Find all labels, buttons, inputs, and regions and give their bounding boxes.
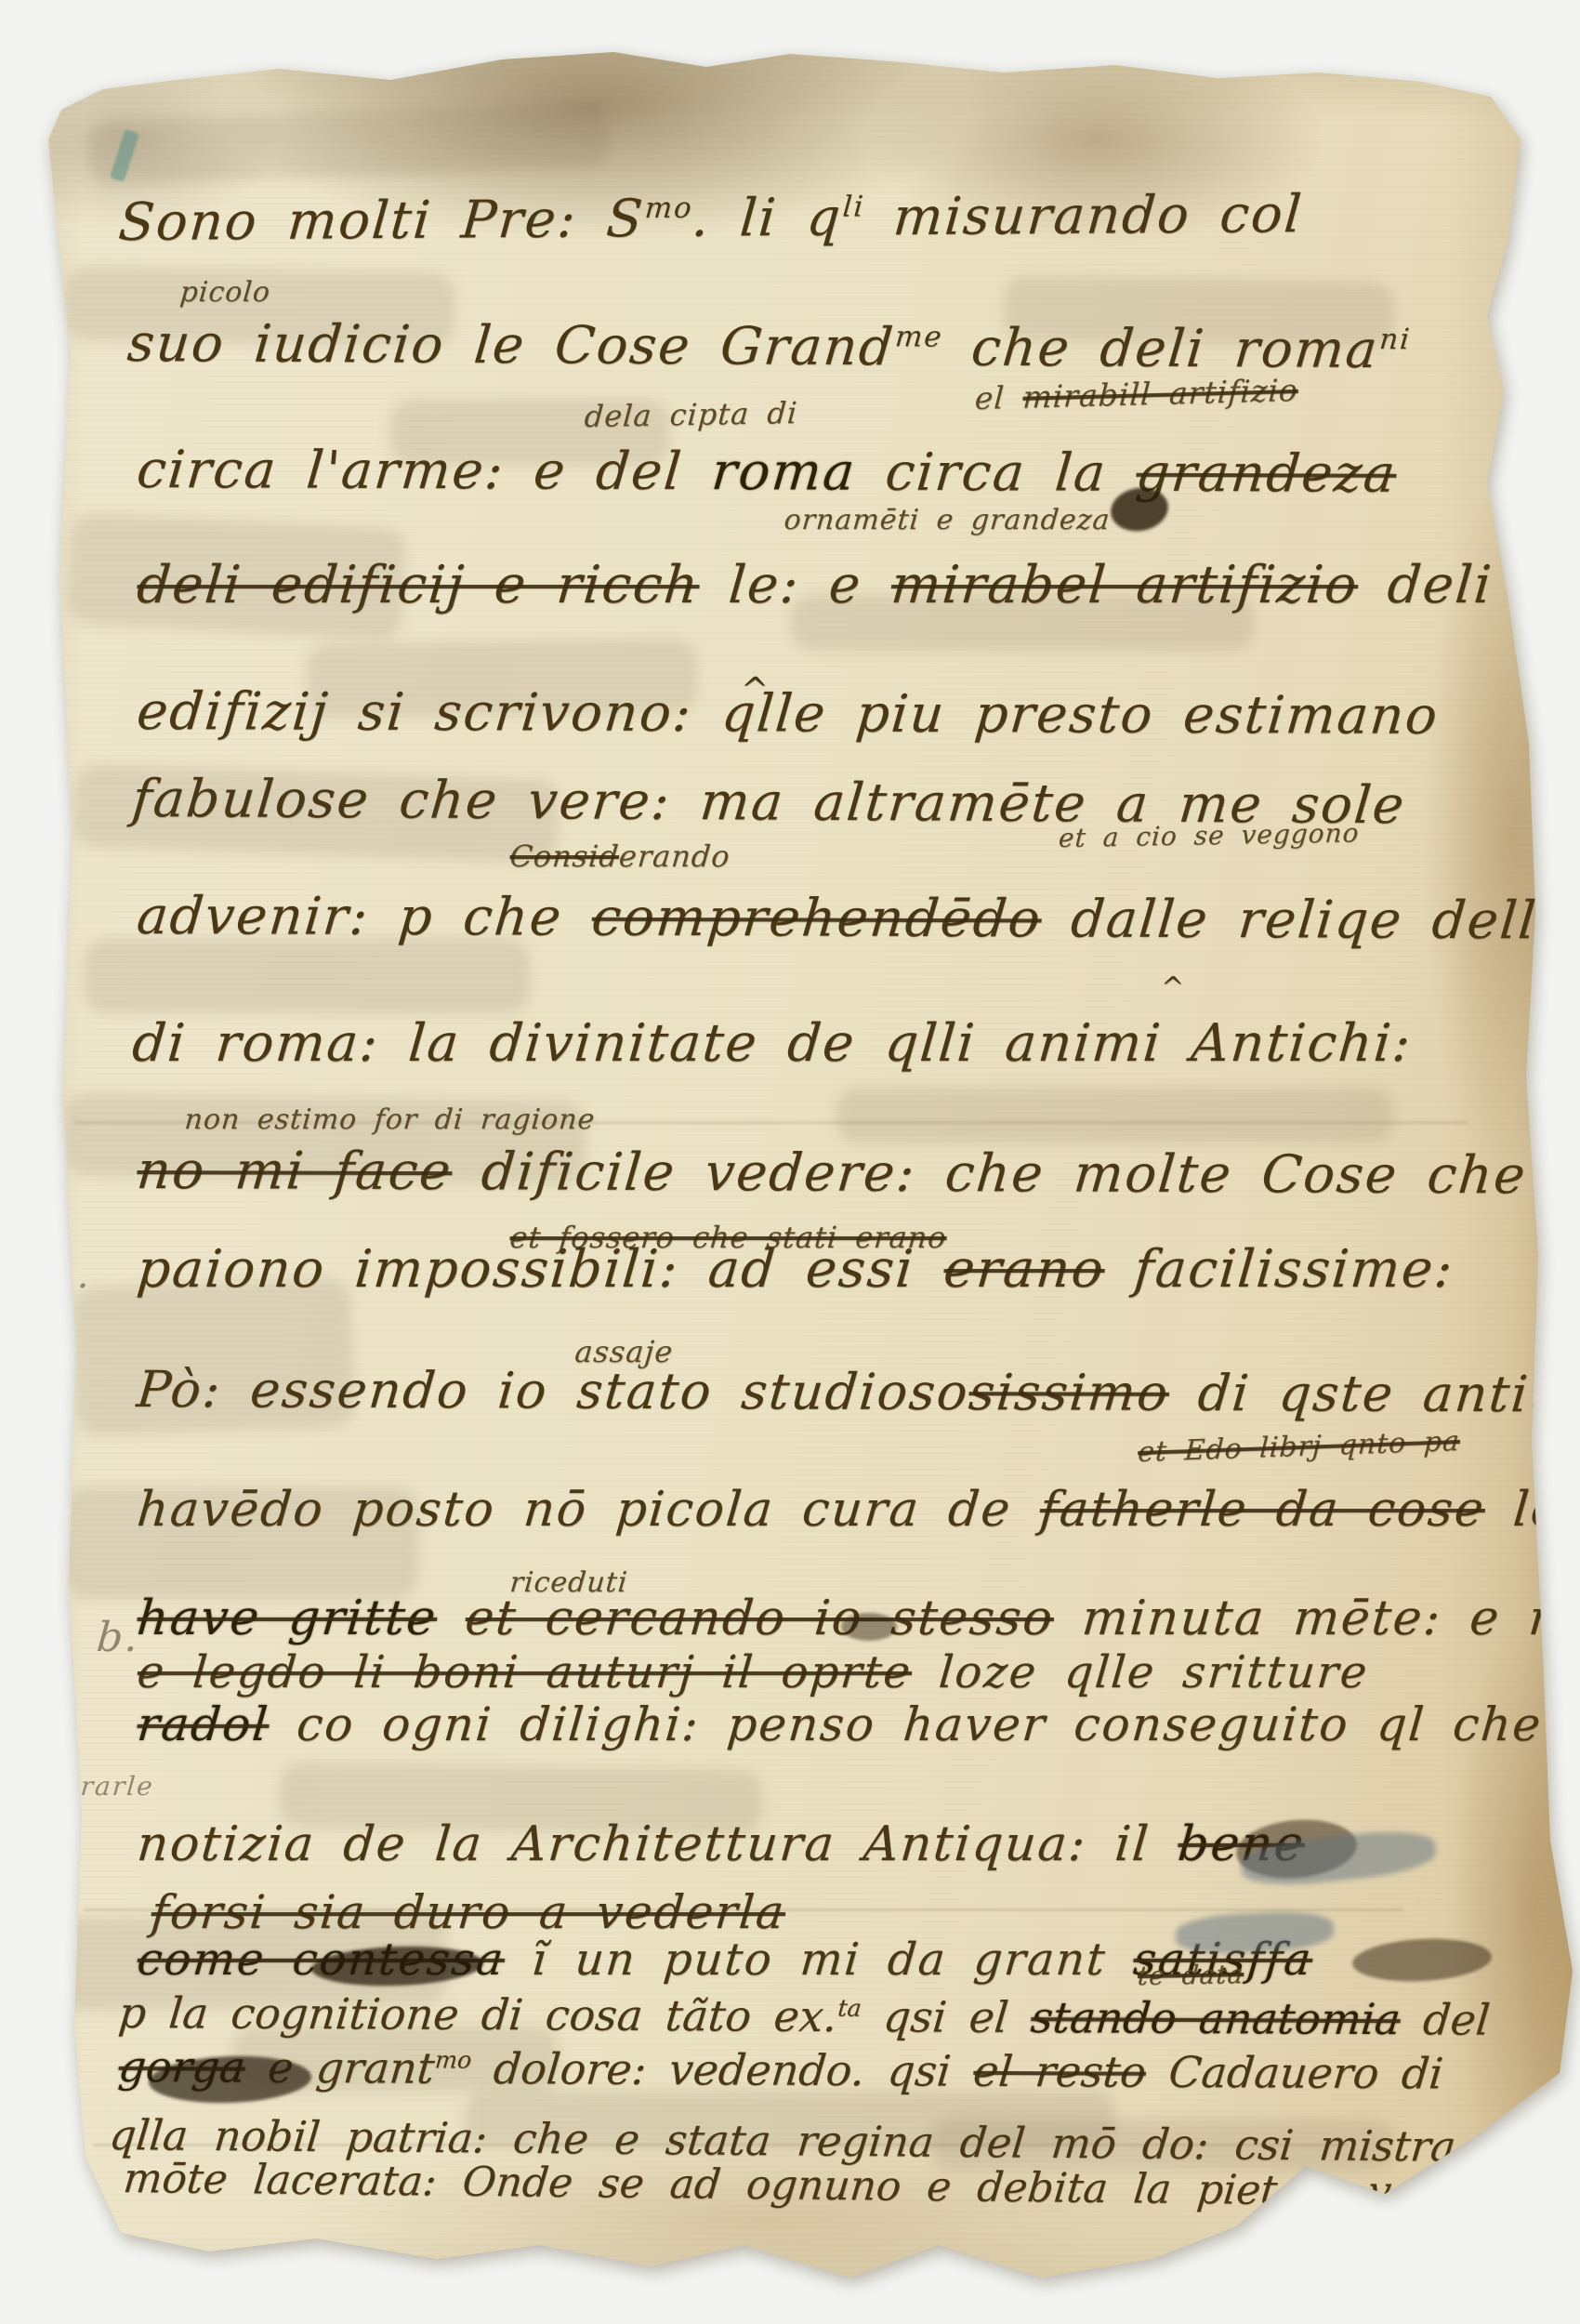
ink-text: le: e [697, 555, 894, 615]
struck-text: no mi face [135, 1141, 455, 1202]
ink-text: mo [643, 191, 694, 225]
struck-text: et Edo librj qnto pa [1137, 1425, 1461, 1469]
interlinear-insertion: picolo [178, 279, 271, 307]
ink-text: et a cio se veggono [1058, 817, 1361, 853]
ink-text: che deli roma [940, 318, 1382, 380]
interlinear-insertion: te data [1137, 1961, 1244, 1989]
handwritten-line-33: p la cognitione di cosa tãto ex.ta qsi e… [117, 1991, 1492, 2041]
ink-text: erando [617, 838, 731, 874]
struck-text: forsi sia duro a vederla [149, 1885, 787, 1939]
handwritten-line-1: Sono molti Pre: Smo. li qli misurando co… [116, 189, 1304, 249]
ink-text: picolo [178, 276, 271, 309]
handwritten-line-13: advenir: p che comprehendēdo dalle reliq… [135, 891, 1580, 948]
struck-text: el resto [971, 2046, 1149, 2097]
struck-text: stando anatomia [1029, 1992, 1402, 2044]
struck-text: grandeza [1134, 443, 1400, 505]
ink-text: ni [1378, 323, 1413, 356]
ink-text: rarle [79, 1771, 155, 1802]
handwritten-line-8: deli edificij e ricch le: e mirabel arti… [135, 560, 1494, 612]
ink-text: mo [434, 2046, 473, 2073]
ink-text: del [1398, 1994, 1492, 2044]
ink-text: 2 b. [41, 1614, 142, 1661]
ink-text: 1. [50, 1254, 93, 1297]
ink-text: ta [836, 1995, 862, 2022]
handwritten-line-30: forsi sia duro a vederla [150, 1889, 788, 1935]
ink-text: circa l'arme: e del [135, 440, 716, 502]
handwritten-line-6: circa l'arme: e del roma circa la grande… [135, 444, 1399, 501]
interlinear-insertion: et Edo librj qnto pa [1137, 1428, 1460, 1467]
interlinear-insertion: el mirabill artifizio [974, 375, 1299, 414]
margin-mark: 1. [51, 1257, 94, 1294]
paper-hole [1498, 337, 1524, 355]
struck-text: Consid [508, 838, 621, 874]
struck-text: te data [1137, 1959, 1245, 1991]
struck-text: e legdo li boni auturj il oprte [135, 1646, 914, 1698]
ghost-bleedthrough [836, 1088, 1394, 1143]
handwritten-line-3: suo iudicio le Cose Grandme che deli rom… [125, 318, 1413, 376]
ink-text: ĩ un puto mi da grant [503, 1934, 1136, 1986]
struck-text: erano [941, 1239, 1108, 1300]
ink-text: facilissime: [1102, 1239, 1456, 1300]
ink-text: circa la [853, 442, 1139, 504]
ink-text: me [894, 320, 945, 353]
struck-text: et cercando io stesso [463, 1591, 1056, 1646]
ink-text: di qste antiqtate: e [1166, 1364, 1580, 1424]
interlinear-insertion: et a cio se veggono [1058, 820, 1360, 852]
ink-blot [841, 1613, 897, 1641]
struck-text: fatherle da cose [1037, 1482, 1487, 1538]
ink-text: non estimo for di ragione [183, 1103, 597, 1136]
ink-text: co ogni dilighi: penso haver conseguito … [267, 1697, 1545, 1751]
handwritten-line-15: di roma: la divinitate de qlli animi Ant… [130, 1018, 1414, 1070]
interlinear-insertion: non estimo for di ragione [183, 1106, 596, 1134]
manuscript-page: Sono molti Pre: Smo. li qli misurando co… [0, 0, 1580, 2324]
struck-text: comprehendēdo [589, 888, 1045, 950]
ink-blot [1351, 1935, 1493, 1985]
struck-text: sissimo [967, 1363, 1172, 1422]
struck-text: deli edificij e ricch [135, 555, 703, 615]
handwritten-line-9: edifizij si scrivono: qlle piu presto es… [135, 686, 1442, 743]
ink-text: le [1482, 1482, 1563, 1538]
handwritten-line-29: notizia de la Architettura Antiqua: il b… [135, 1820, 1307, 1868]
ink-text: dela cipta di [584, 395, 799, 434]
handwritten-line-23: havēdo posto nō picola cura de fatherle … [135, 1486, 1563, 1534]
margin-mark: rarle [80, 1774, 155, 1800]
handwritten-line-19: paiono impossibili: ad essi erano facili… [135, 1244, 1456, 1296]
caret-mark: ^ [1159, 974, 1187, 1002]
handwritten-line-21: Pò: essendo io stato studiososissimo di … [135, 1365, 1580, 1420]
struck-text: have gritte [135, 1591, 440, 1646]
ink-text: ornamēti e grandeza [783, 504, 1112, 536]
margin-mark: 2 b. [41, 1618, 141, 1658]
handwritten-line-34: gorga e grantmo dolore: vedendo. qsi el … [117, 2045, 1445, 2094]
interlinear-insertion: ornamēti e grandeza [783, 507, 1111, 535]
interlinear-insertion: dela cipta di [584, 398, 799, 431]
ghost-bleedthrough [87, 102, 610, 186]
interlinear-insertion: Considerando [508, 841, 731, 871]
ink-text: el [974, 379, 1024, 416]
ink-text: ^ [1159, 971, 1187, 1004]
ink-text: li [841, 190, 866, 223]
ink-text: roma [709, 442, 859, 503]
ink-text: Sono molti Pre: S [116, 189, 646, 253]
ink-text: notizia de la Architettura Antiqua: il [135, 1816, 1180, 1872]
handwritten-line-27: radol co ogni dilighi: penso haver conse… [136, 1701, 1545, 1748]
ink-text: loze qlle sritture [910, 1646, 1371, 1698]
ink-text: deli [1355, 555, 1494, 615]
ink-text: dolore: vedendo. qsi [468, 2043, 976, 2096]
caret-mark: ^ [739, 674, 771, 707]
ink-text: ^ [739, 671, 772, 709]
ink-text: minuta mēte: e misu- [1051, 1591, 1580, 1646]
ink-text: . li q [690, 188, 844, 249]
ink-text: havēdo posto nō picola cura de [135, 1482, 1042, 1538]
ink-text: p la cognitione di cosa tãto ex. [116, 1987, 839, 2041]
ink-text: dalle reliqe delle rui [1039, 889, 1580, 951]
ghost-bleedthrough [84, 939, 530, 1013]
ink-text: edifizij si scrivono: qlle piu presto es… [135, 681, 1442, 746]
ink-text: qsi el [858, 1991, 1034, 2042]
struck-text: mirabel artifizio [889, 555, 1361, 615]
handwritten-line-36: mōte lacerata: Onde se ad ognuno e debit… [122, 2159, 1482, 2213]
ink-text: misurando col [862, 184, 1305, 247]
ink-text: advenir: p che [135, 886, 595, 948]
struck-text: radol [135, 1697, 271, 1751]
ink-text: Cadauero di [1144, 2047, 1445, 2099]
struck-text: mirabill artifizio [1021, 372, 1299, 416]
ink-text: di roma: la divinitate de qlli animi Ant… [130, 1013, 1415, 1074]
handwritten-line-26: e legdo li boni auturj il oprte loze qll… [136, 1650, 1371, 1695]
ink-text: paiono impossibili: ad essi [135, 1239, 947, 1300]
handwritten-line-17: no mi face dificile vedere: che molte Co… [135, 1145, 1580, 1203]
ink-text: dificile vedere: che molte Cose che a no… [450, 1142, 1580, 1207]
paper-shadow-wrap: Sono molti Pre: Smo. li qli misurando co… [0, 0, 1580, 2324]
ink-text: Pò: essendo io stato studioso [135, 1360, 972, 1421]
ink-text: suo iudicio le Cose Grand [125, 313, 897, 377]
scanner-background: Sono molti Pre: Smo. li qli misurando co… [0, 0, 1580, 2324]
